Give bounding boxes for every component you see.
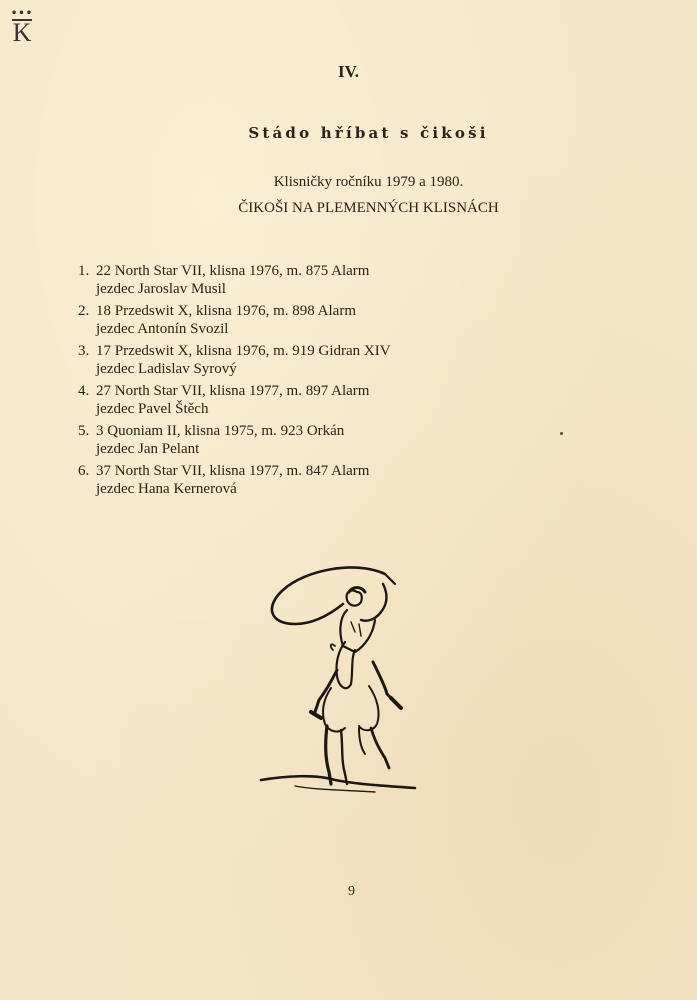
list-item: 1.22 North Star VII, klisna 1976, m. 875… — [78, 262, 498, 298]
entry-number: 2. — [78, 302, 96, 320]
subtitle-caps: ČIKOŠI NA PLEMENNÝCH KLISNÁCH — [0, 200, 697, 217]
entry-horse: 18 Przedswit X, klisna 1976, m. 898 Alar… — [96, 303, 356, 319]
publisher-logo: ••• K — [10, 10, 34, 50]
entry-horse: 17 Przedswit X, klisna 1976, m. 919 Gidr… — [96, 343, 391, 359]
page-title: Stádo hříbat s čikoši — [0, 124, 697, 142]
entry-rider: jezdec Antonín Svozil — [78, 320, 498, 338]
entry-horse: 27 North Star VII, klisna 1977, m. 897 A… — [96, 383, 369, 399]
entry-horse: 37 North Star VII, klisna 1977, m. 847 A… — [96, 463, 369, 479]
entry-list: 1.22 North Star VII, klisna 1976, m. 875… — [78, 262, 498, 502]
entry-rider: jezdec Jan Pelant — [78, 440, 498, 458]
entry-number: 5. — [78, 422, 96, 440]
logo-dots: ••• — [10, 10, 34, 18]
entry-rider: jezdec Ladislav Syrový — [78, 360, 498, 378]
list-item: 5.3 Quoniam II, klisna 1975, m. 923 Orká… — [78, 422, 498, 458]
entry-number: 3. — [78, 342, 96, 360]
entry-rider: jezdec Jaroslav Musil — [78, 280, 498, 298]
entry-rider: jezdec Hana Kernerová — [78, 480, 498, 498]
page-number: 9 — [0, 884, 697, 900]
logo-letter: K — [10, 21, 34, 45]
list-item: 3.17 Przedswit X, klisna 1976, m. 919 Gi… — [78, 342, 498, 378]
entry-number: 6. — [78, 462, 96, 480]
entry-number: 4. — [78, 382, 96, 400]
entry-horse: 22 North Star VII, klisna 1976, m. 875 A… — [96, 263, 369, 279]
horse-rider-illustration — [255, 562, 420, 802]
paper-speck — [560, 432, 563, 435]
entry-number: 1. — [78, 262, 96, 280]
entry-rider: jezdec Pavel Štěch — [78, 400, 498, 418]
list-item: 2.18 Przedswit X, klisna 1976, m. 898 Al… — [78, 302, 498, 338]
subtitle: Klisničky ročníku 1979 a 1980. — [0, 174, 697, 191]
list-item: 6.37 North Star VII, klisna 1977, m. 847… — [78, 462, 498, 498]
entry-horse: 3 Quoniam II, klisna 1975, m. 923 Orkán — [96, 423, 344, 439]
list-item: 4.27 North Star VII, klisna 1977, m. 897… — [78, 382, 498, 418]
chapter-number: IV. — [0, 62, 697, 82]
